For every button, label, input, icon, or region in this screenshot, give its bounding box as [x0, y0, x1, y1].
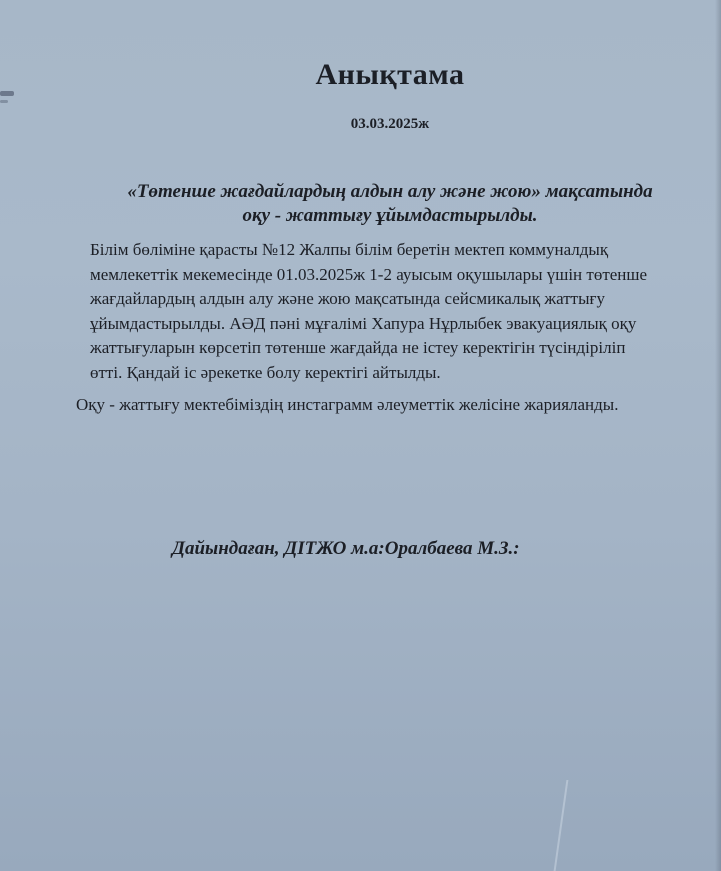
document-page: Анықтама 03.03.2025ж «Төтенше жағдайлард…	[0, 0, 721, 871]
body-line: Білім бөліміне қарасты №12 Жалпы білім б…	[90, 238, 710, 263]
document-subtitle: «Төтенше жағдайлардың алдын алу және жою…	[100, 180, 680, 228]
body-line: ұйымдастырылды. АӘД пәні мұғалімі Хапура…	[90, 312, 710, 337]
paper-crease	[554, 780, 569, 871]
document-date: 03.03.2025ж	[0, 116, 721, 133]
paper-edge-shadow	[715, 0, 721, 871]
body-line: мемлекеттік мекемесінде 01.03.2025ж 1-2 …	[90, 263, 710, 288]
margin-mark	[0, 100, 8, 103]
body-line: өтті. Қандай іс әрекетке болу керектігі …	[90, 361, 710, 386]
body-line: жағдайлардың алдын алу және жою мақсатын…	[90, 287, 710, 312]
publication-note: Оқу - жаттығу мектебіміздің инстаграмм ә…	[76, 395, 618, 415]
subtitle-line: «Төтенше жағдайлардың алдын алу және жою…	[100, 180, 680, 204]
signature-line: Дайындаған, ДІТЖО м.а:Оралбаева М.З.:	[172, 538, 520, 560]
body-line: жаттығуларын көрсетіп төтенше жағдайда н…	[90, 336, 710, 361]
body-paragraph: Білім бөліміне қарасты №12 Жалпы білім б…	[90, 238, 710, 385]
document-title: Анықтама	[0, 58, 721, 92]
subtitle-line: оқу - жаттығу ұйымдастырылды.	[100, 204, 680, 228]
